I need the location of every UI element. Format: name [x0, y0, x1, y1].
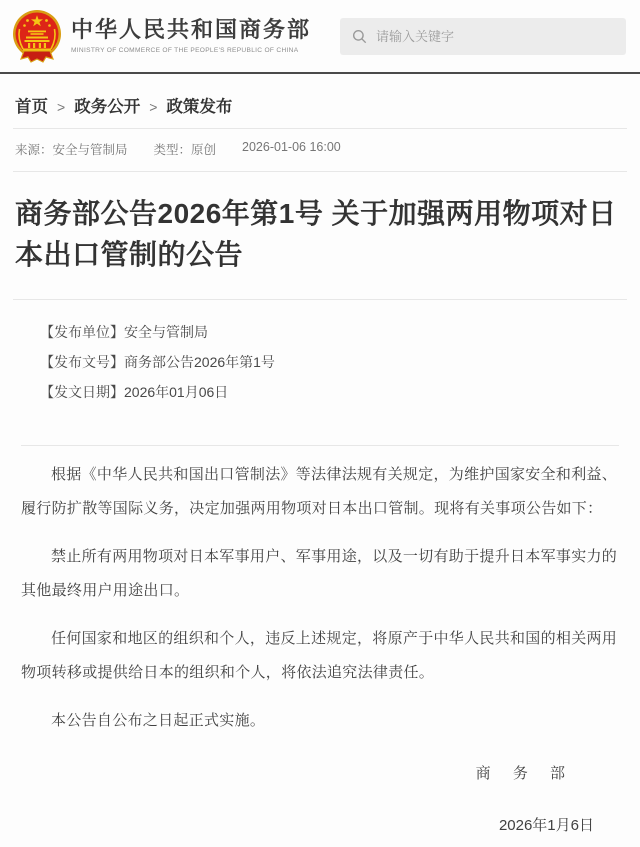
article-meta: 来源：安全与管制局 类型：原创 2026-01-06 16:00: [0, 129, 640, 171]
breadcrumb: 首页>政务公开>政策发布: [0, 74, 640, 128]
site-subtitle: MINISTRY OF COMMERCE OF THE PEOPLE'S REP…: [71, 47, 311, 54]
document-info-block: 【发布单位】安全与管制局 【发布文号】商务部公告2026年第1号 【发文日期】2…: [0, 300, 640, 445]
search-input[interactable]: [376, 29, 614, 44]
article-body: 根据《中华人民共和国出口管制法》等法律法规有关规定，为维护国家安全和利益、履行防…: [0, 446, 640, 847]
info-document-number: 【发布文号】商务部公告2026年第1号: [40, 347, 625, 377]
article-paragraph: 任何国家和地区的组织和个人，违反上述规定，将原产于中华人民共和国的相关两用物项转…: [21, 622, 619, 690]
breadcrumb-home[interactable]: 首页: [15, 98, 48, 116]
signature-date: 2026年1月6日: [21, 814, 619, 847]
page-title: 商务部公告2026年第1号 关于加强两用物项对日本出口管制的公告: [0, 172, 640, 299]
breadcrumb-separator: >: [149, 99, 157, 115]
article-paragraph: 本公告自公布之日起正式实施。: [21, 704, 619, 738]
site-brand-text: 中华人民共和国商务部 MINISTRY OF COMMERCE OF THE P…: [71, 18, 311, 53]
site-logo[interactable]: 中华人民共和国商务部 MINISTRY OF COMMERCE OF THE P…: [12, 7, 311, 65]
search-box[interactable]: [340, 18, 626, 55]
article-paragraph: 禁止所有两用物项对日本军事用户、军事用途，以及一切有助于提升日本军事实力的其他最…: [21, 540, 619, 608]
breadcrumb-gov-affairs[interactable]: 政务公开: [74, 98, 140, 116]
meta-datetime: 2026-01-06 16:00: [242, 140, 341, 158]
article-paragraph: 根据《中华人民共和国出口管制法》等法律法规有关规定，为维护国家安全和利益、履行防…: [21, 458, 619, 526]
site-header: 中华人民共和国商务部 MINISTRY OF COMMERCE OF THE P…: [0, 0, 640, 74]
site-title: 中华人民共和国商务部: [71, 18, 311, 42]
info-publish-unit: 【发布单位】安全与管制局: [40, 317, 625, 347]
info-issue-date: 【发文日期】2026年01月06日: [40, 377, 625, 407]
breadcrumb-separator: >: [57, 99, 65, 115]
breadcrumb-policy-release[interactable]: 政策发布: [166, 98, 232, 116]
meta-source: 来源：安全与管制局: [15, 140, 128, 158]
search-icon[interactable]: [352, 29, 367, 44]
meta-type: 类型：原创: [154, 140, 217, 158]
national-emblem-icon: [12, 9, 62, 65]
signature-org: 商 务 部: [21, 762, 619, 783]
